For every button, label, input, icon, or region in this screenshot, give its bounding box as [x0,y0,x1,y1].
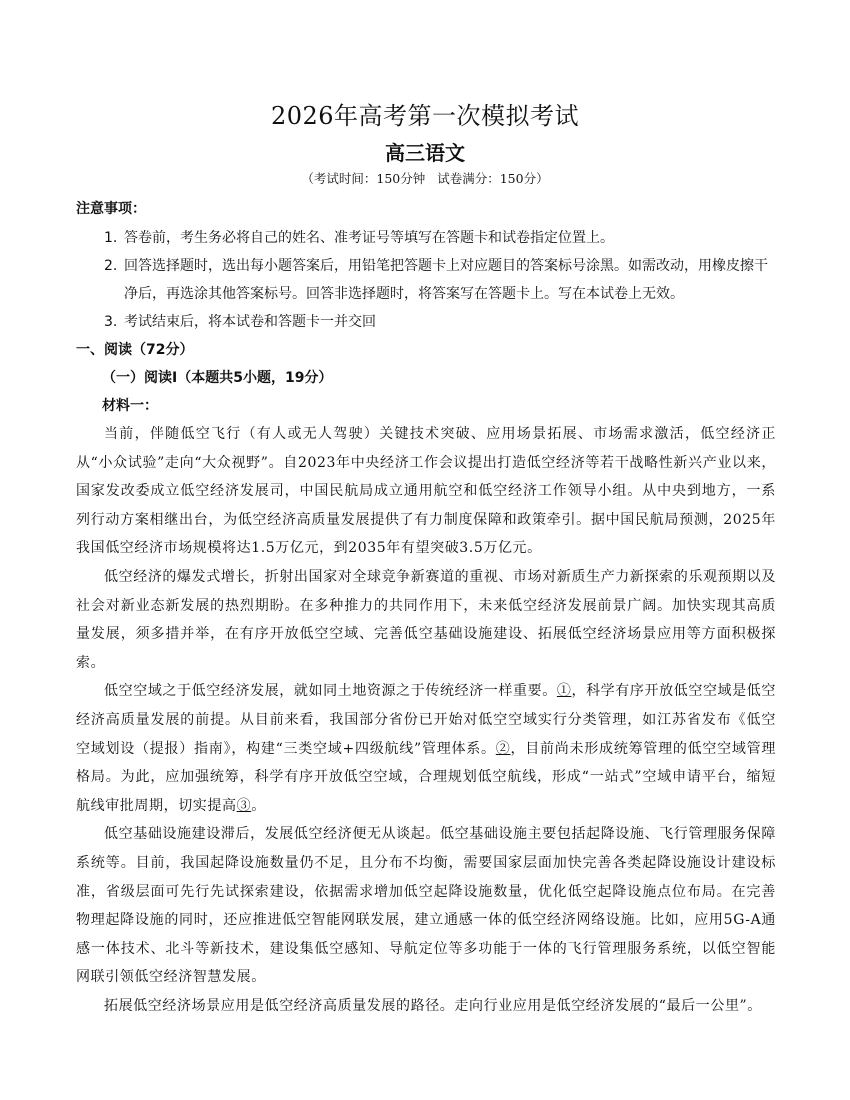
exam-subtitle: 高三语文 [0,140,850,166]
exam-content: 注意事项： 1.答卷前，考生务必将自己的姓名、准考证号等填写在答题卡和试卷指定位… [76,198,776,1020]
paragraph: 低空基础设施建设滞后，发展低空经济便无从谈起。低空基础设施主要包括起降设施、飞行… [76,820,776,992]
notice-list: 1.答卷前，考生务必将自己的姓名、准考证号等填写在答题卡和试卷指定位置上。 2.… [76,224,776,336]
exam-title: 2026年高考第一次模拟考试 [0,100,850,132]
paragraph: 低空空域之于低空经济发展，就如同土地资源之于传统经济一样重要。①，科学有序开放低… [76,677,776,820]
paragraph: 拓展低空经济场景应用是低空经济高质量发展的路径。走向行业应用是低空经济发展的“最… [76,992,776,1021]
exam-info: （考试时间：150分钟 试卷满分：150分） [0,170,850,188]
notice-heading: 注意事项： [76,198,776,220]
paragraph-text: 低空空域之于低空经济发展，就如同土地资源之于传统经济一样重要。 [104,683,557,699]
notice-item-text: 答卷前，考生务必将自己的姓名、准考证号等填写在答题卡和试卷指定位置上。 [124,230,614,246]
notice-item-number: 3. [104,308,124,336]
notice-item: 1.答卷前，考生务必将自己的姓名、准考证号等填写在答题卡和试卷指定位置上。 [76,224,776,252]
blank-marker-3: ③ [237,798,252,814]
notice-item-number: 2. [104,252,124,280]
blank-marker-1: ① [557,683,572,699]
blank-marker-2: ② [496,741,511,757]
paragraph-text: 。 [251,798,266,814]
material-label: 材料一： [76,392,776,420]
paragraph: 低空经济的爆发式增长，折射出国家对全球竞争新赛道的重视、市场对新质生产力新探索的… [76,563,776,677]
paragraph: 当前，伴随低空飞行（有人或无人驾驶）关键技术突破、应用场景拓展、市场需求激活，低… [76,420,776,563]
notice-item: 2.回答选择题时，选出每小题答案后，用铅笔把答题卡上对应题目的答案标号涂黑。如需… [76,252,776,308]
notice-item-number: 1. [104,224,124,252]
section-heading: 一、阅读（72分） [76,336,776,364]
exam-duration: （考试时间：150分钟 [301,171,425,186]
notice-item: 3.考试结束后，将本试卷和答题卡一并交回 [76,308,776,336]
exam-full-score: 试卷满分：150分） [437,171,548,186]
notice-item-text: 考试结束后，将本试卷和答题卡一并交回 [124,314,376,330]
notice-item-text: 回答选择题时，选出每小题答案后，用铅笔把答题卡上对应题目的答案标号涂黑。如需改动… [124,258,768,302]
subsection-heading: （一）阅读Ⅰ（本题共5小题，19分） [76,364,776,392]
exam-page: 2026年高考第一次模拟考试 高三语文 （考试时间：150分钟 试卷满分：150… [0,0,850,1100]
